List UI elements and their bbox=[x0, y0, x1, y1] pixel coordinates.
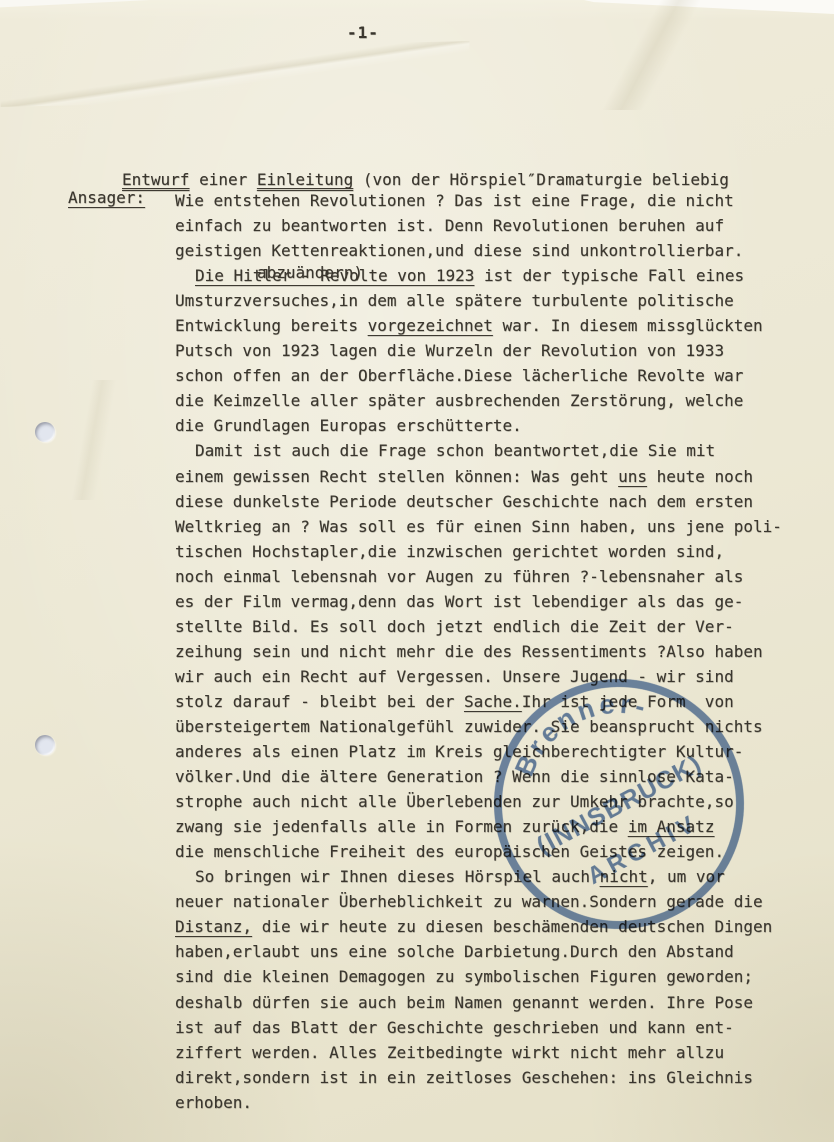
body-line: ziffert werden. Alles Zeitbedingte wirkt… bbox=[175, 1040, 795, 1065]
typed-text: direkt,sondern ist in ein zeitloses Gesc… bbox=[175, 1068, 753, 1087]
typed-text: Wie entstehen Revolutionen ? Das ist ein… bbox=[175, 191, 734, 210]
typed-text: es der Film vermag,denn das Wort ist leb… bbox=[175, 592, 743, 611]
typed-text: geistigen Kettenreaktionen,und diese sin… bbox=[175, 241, 743, 260]
typed-text: diese dunkelste Periode deutscher Geschi… bbox=[175, 492, 753, 511]
typed-text: stellte Bild. Es soll doch jetzt endlich… bbox=[175, 617, 734, 636]
typed-text: war. In diesem missglückten bbox=[493, 316, 763, 335]
body-line: sind die kleinen Demagogen zu symbolisch… bbox=[175, 964, 795, 989]
typed-text: die Grundlagen Europas erschütterte. bbox=[175, 416, 522, 435]
underlined-text: uns bbox=[618, 467, 647, 486]
typed-text: Weltkrieg an ? Was soll es für einen Sin… bbox=[175, 517, 782, 536]
body-line: diese dunkelste Periode deutscher Geschi… bbox=[175, 489, 795, 514]
typed-text: noch einmal lebensnah vor Augen zu führe… bbox=[175, 567, 743, 586]
body-text: Wie entstehen Revolutionen ? Das ist ein… bbox=[175, 188, 795, 1115]
typed-text: Putsch von 1923 lagen die Wurzeln der Re… bbox=[175, 341, 724, 360]
body-line: Wie entstehen Revolutionen ? Das ist ein… bbox=[175, 188, 795, 213]
body-line: Weltkrieg an ? Was soll es für einen Sin… bbox=[175, 514, 795, 539]
typed-text: ist der typische Fall eines bbox=[474, 266, 744, 285]
body-line: tischen Hochstapler,die inzwischen geric… bbox=[175, 539, 795, 564]
body-line: haben,erlaubt uns eine solche Darbietung… bbox=[175, 939, 795, 964]
typed-text: stolz darauf - bleibt bei der bbox=[175, 692, 464, 711]
body-line: deshalb dürfen sie auch beim Namen genan… bbox=[175, 990, 795, 1015]
body-line: einfach zu beantworten ist. Denn Revolut… bbox=[175, 213, 795, 238]
body-line: Distanz, die wir heute zu diesen beschäm… bbox=[175, 914, 795, 939]
body-line: zeihung sein und nicht mehr die des Ress… bbox=[175, 639, 795, 664]
title-word-entwurf: Entwurf bbox=[122, 170, 189, 189]
body-line: Die Hitler - Revolte von 1923 ist der ty… bbox=[175, 263, 795, 288]
body-line: stellte Bild. Es soll doch jetzt endlich… bbox=[175, 614, 795, 639]
typed-text: erhoben. bbox=[175, 1093, 252, 1112]
speaker-label: Ansager: bbox=[68, 188, 145, 207]
typed-text: die Keimzelle aller später ausbrechenden… bbox=[175, 391, 743, 410]
title-word-einer: einer bbox=[189, 170, 256, 189]
typed-text: die wir heute zu diesen beschämenden deu… bbox=[252, 917, 772, 936]
typed-text: tischen Hochstapler,die inzwischen geric… bbox=[175, 542, 724, 561]
typed-text: haben,erlaubt uns eine solche Darbietung… bbox=[175, 942, 734, 961]
title-remark: (von der Hörspiel″Dramaturgie beliebig bbox=[353, 170, 729, 189]
body-line: direkt,sondern ist in ein zeitloses Gesc… bbox=[175, 1065, 795, 1090]
punch-hole-top bbox=[35, 422, 55, 442]
typed-text: ist auf das Blatt der Geschichte geschri… bbox=[175, 1018, 734, 1037]
typed-text: ziffert werden. Alles Zeitbedingte wirkt… bbox=[175, 1043, 724, 1062]
underlined-text: Distanz, bbox=[175, 917, 252, 936]
typed-text: einem gewissen Recht stellen können: Was… bbox=[175, 467, 618, 486]
typed-text: schon offen an der Oberfläche.Diese läch… bbox=[175, 366, 743, 385]
body-line: Entwicklung bereits vorgezeichnet war. I… bbox=[175, 313, 795, 338]
body-line: die Keimzelle aller später ausbrechenden… bbox=[175, 388, 795, 413]
title-word-einleitung: Einleitung bbox=[257, 170, 353, 189]
body-line: die Grundlagen Europas erschütterte. bbox=[175, 413, 795, 438]
body-line: Umsturzversuches,in dem alle spätere tur… bbox=[175, 288, 795, 313]
body-line: geistigen Kettenreaktionen,und diese sin… bbox=[175, 238, 795, 263]
typed-text: sind die kleinen Demagogen zu symbolisch… bbox=[175, 967, 753, 986]
typed-text: Damit ist auch die Frage schon beantwort… bbox=[195, 441, 715, 460]
scanned-typescript-page: -1- Entwurf einer Einleitung (von der Hö… bbox=[0, 0, 834, 1142]
typed-text: deshalb dürfen sie auch beim Namen genan… bbox=[175, 993, 753, 1012]
paper-crease bbox=[520, 0, 780, 110]
underlined-text: Die Hitler - Revolte von 1923 bbox=[195, 266, 474, 285]
underlined-text: Sache. bbox=[464, 692, 522, 711]
body-line: ist auf das Blatt der Geschichte geschri… bbox=[175, 1015, 795, 1040]
typed-text: einfach zu beantworten ist. Denn Revolut… bbox=[175, 216, 724, 235]
body-line: erhoben. bbox=[175, 1090, 795, 1115]
paper-crease bbox=[0, 41, 471, 107]
paper-crease bbox=[0, 380, 180, 500]
typed-text: heute noch bbox=[647, 467, 753, 486]
scan-background-sliver-left bbox=[0, 0, 150, 8]
body-line: Damit ist auch die Frage schon beantwort… bbox=[175, 438, 795, 463]
body-line: noch einmal lebensnah vor Augen zu führe… bbox=[175, 564, 795, 589]
page-number: -1- bbox=[347, 23, 379, 42]
body-line: schon offen an der Oberfläche.Diese läch… bbox=[175, 363, 795, 388]
body-line: einem gewissen Recht stellen können: Was… bbox=[175, 464, 795, 489]
speaker-label-text: Ansager: bbox=[68, 188, 145, 207]
typed-text: Entwicklung bereits bbox=[175, 316, 368, 335]
underlined-text: vorgezeichnet bbox=[368, 316, 493, 335]
body-line: Putsch von 1923 lagen die Wurzeln der Re… bbox=[175, 338, 795, 363]
punch-hole-bottom bbox=[35, 735, 55, 755]
typed-text: Umsturzversuches,in dem alle spätere tur… bbox=[175, 291, 734, 310]
body-line: es der Film vermag,denn das Wort ist leb… bbox=[175, 589, 795, 614]
